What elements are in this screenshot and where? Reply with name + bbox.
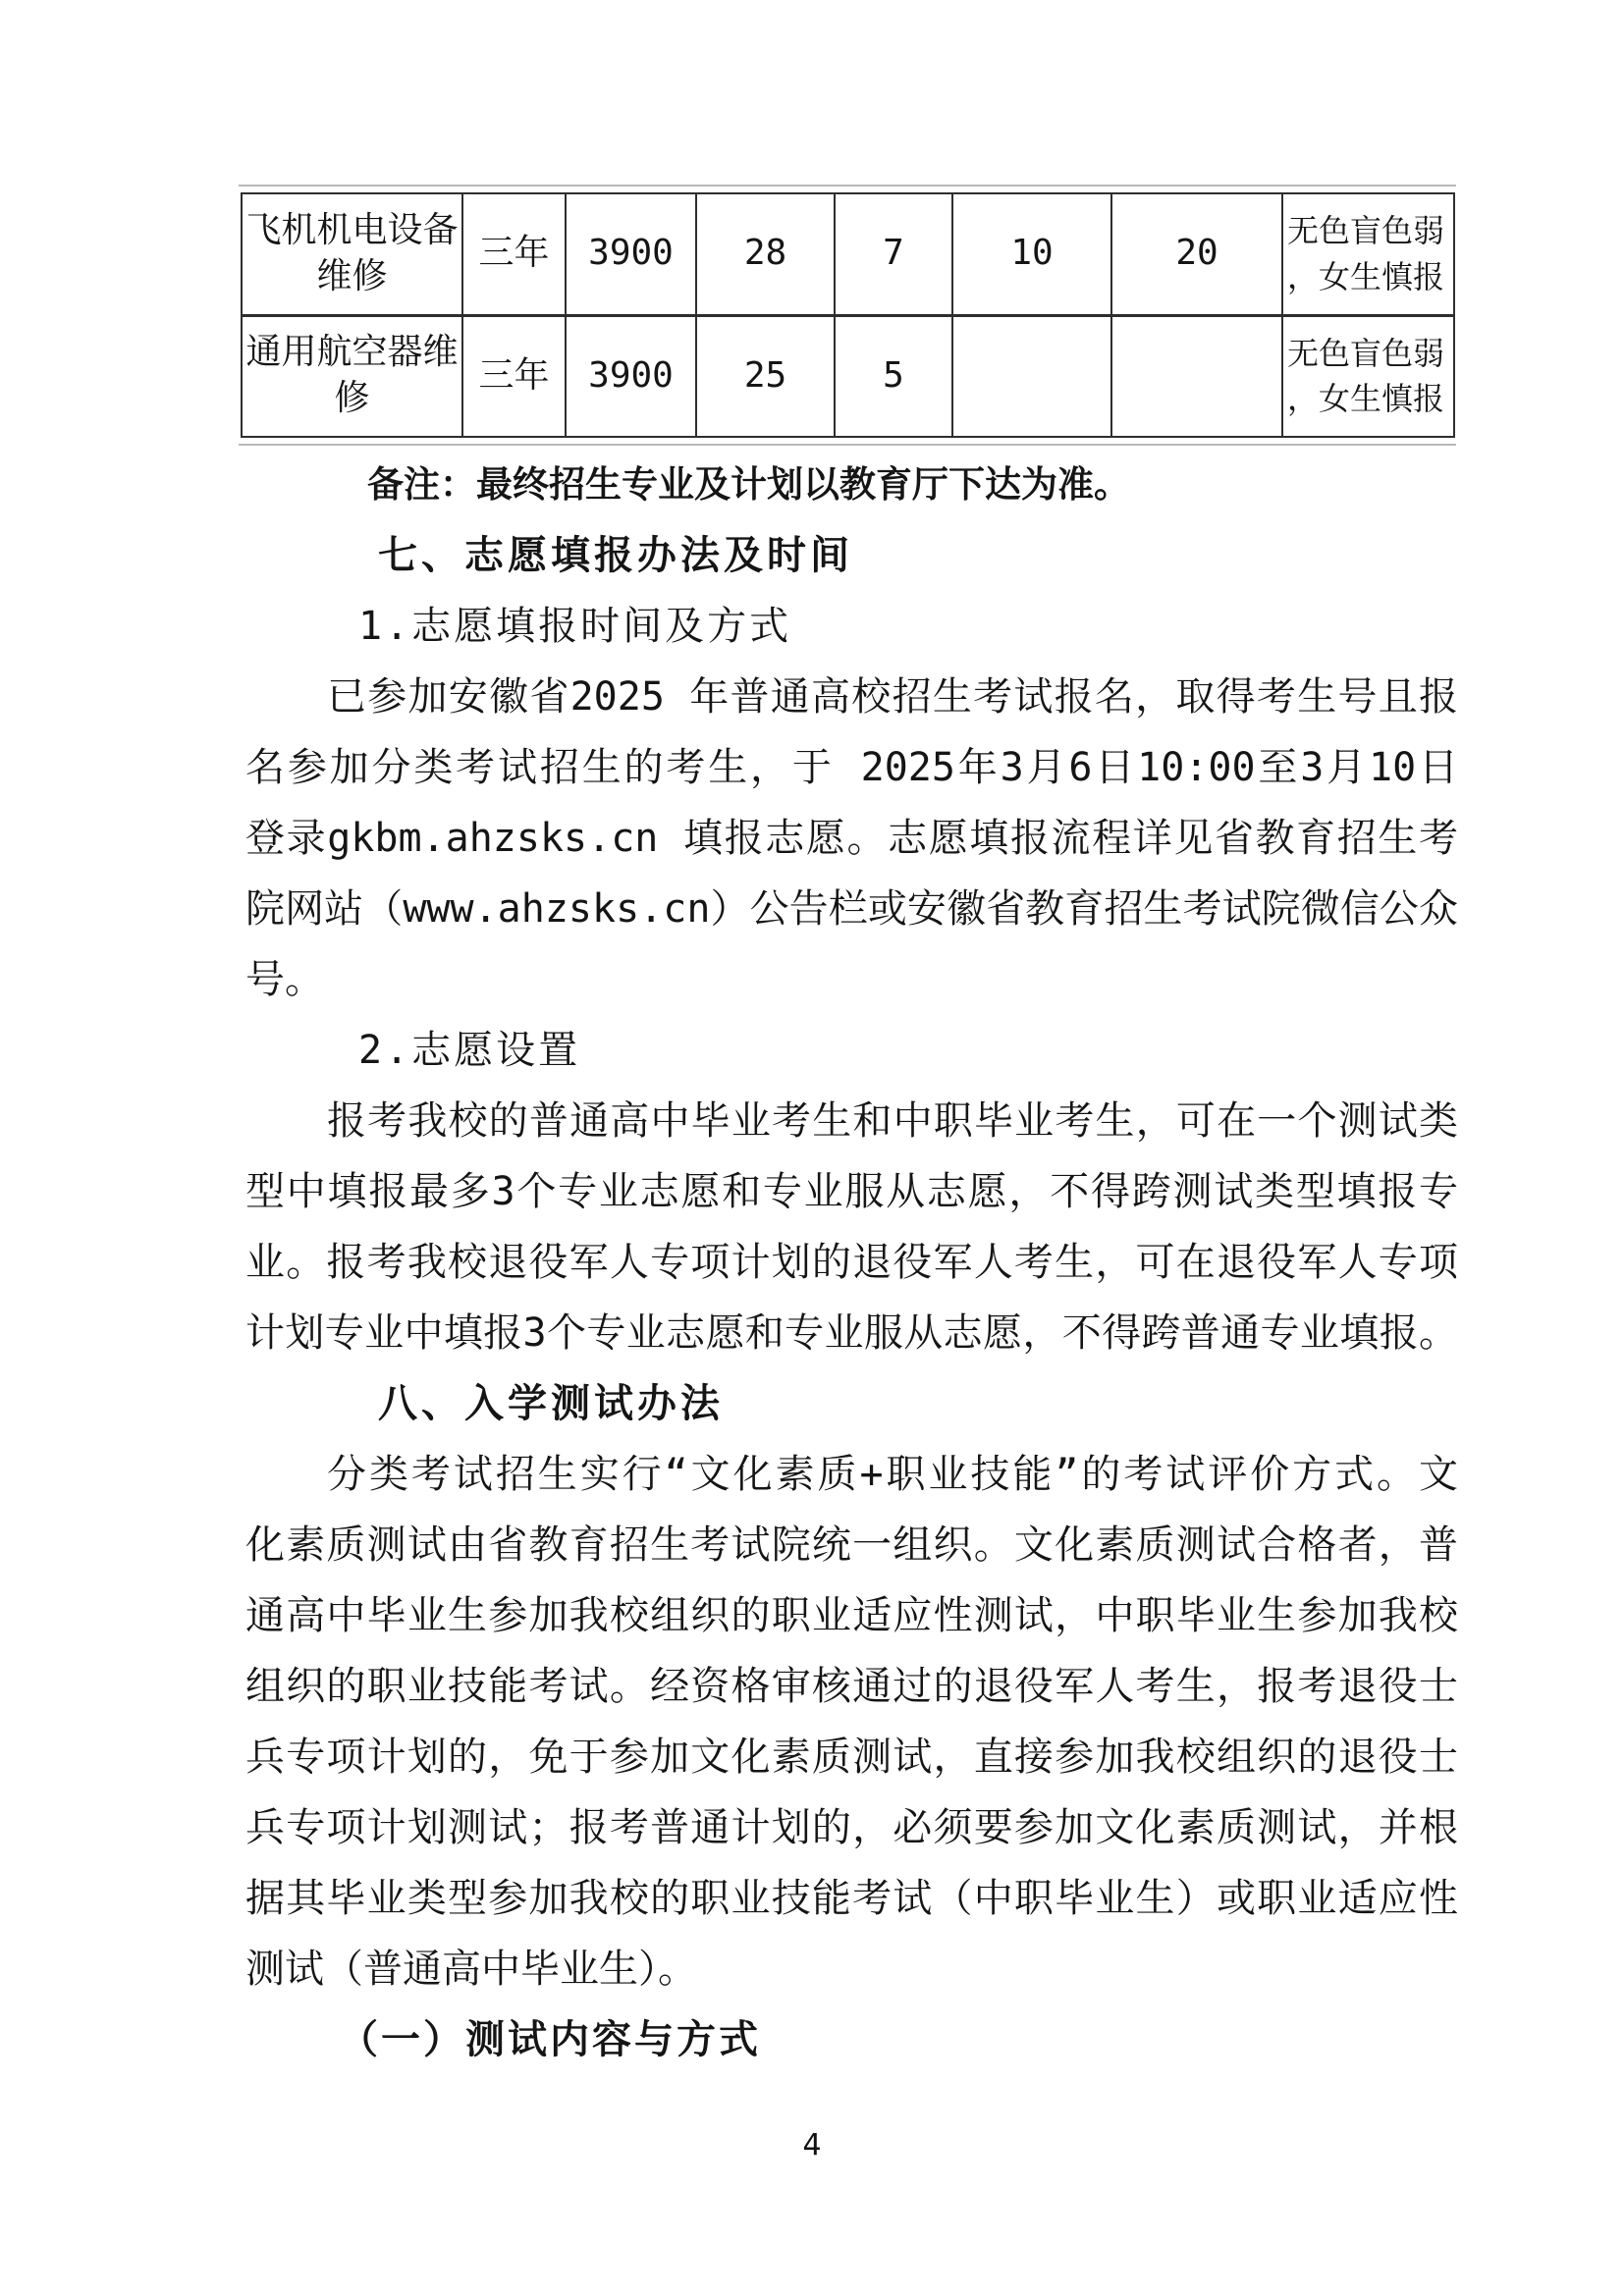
- section-8-heading: 八、入学测试办法: [245, 1368, 1458, 1439]
- table-cell-major: 通用航空器维修: [242, 315, 462, 437]
- paragraph-line: 已参加安徽省2025 年普通高校招生考试报名，取得考生号且报: [245, 662, 1458, 732]
- document-page: 飞机机电设备维修 三年 3900 28 7 10 20 无色盲色弱，女生慎报 通…: [0, 0, 1624, 2296]
- paragraph-line: 名参加分类考试招生的考生，于 2025年3月6日10:00至3月10日16:00: [245, 732, 1458, 803]
- table-remark: 备注：最终招生专业及计划以教育厅下达为准。: [245, 450, 1458, 520]
- table-cell: 7: [835, 193, 952, 315]
- paragraph-line: 登录gkbm.ahzsks.cn 填报志愿。志愿填报流程详见省教育招生考试: [245, 803, 1458, 874]
- table-cell: 25: [696, 315, 835, 437]
- paragraph-line: 型中填报最多3个专业志愿和专业服从志愿，不得跨测试类型填报专: [245, 1156, 1458, 1227]
- page-number: 4: [0, 2128, 1624, 2163]
- paragraph-line: 计划专业中填报3个专业志愿和专业服从志愿，不得跨普通专业填报。: [245, 1298, 1458, 1368]
- document-body: 备注：最终招生专业及计划以教育厅下达为准。 七、志愿填报办法及时间 1.志愿填报…: [245, 450, 1458, 2075]
- table-cell: 5: [835, 315, 952, 437]
- paragraph-line: 报考我校的普通高中毕业考生和中职毕业考生，可在一个测试类: [245, 1086, 1458, 1156]
- paragraph-line: 分类考试招生实行“文化素质+职业技能”的考试评价方式。文: [245, 1439, 1458, 1510]
- table-cell-note: 无色盲色弱，女生慎报: [1282, 193, 1454, 315]
- table-cell-major: 飞机机电设备维修: [242, 193, 462, 315]
- section-7-sub-1-heading: 1.志愿填报时间及方式: [245, 591, 1458, 662]
- table-continuation-line-top: [239, 185, 1456, 187]
- paragraph-line: 测试（普通高中毕业生）。: [245, 1934, 1458, 2004]
- table-cell: [952, 315, 1111, 437]
- paragraph-line: 院网站（www.ahzsks.cn）公告栏或安徽省教育招生考试院微信公众: [245, 874, 1458, 944]
- section-7-heading: 七、志愿填报办法及时间: [245, 520, 1458, 591]
- table-cell-duration: 三年: [462, 193, 566, 315]
- table-cell: 10: [952, 193, 1111, 315]
- table-cell: 28: [696, 193, 835, 315]
- table-cell-tuition: 3900: [566, 315, 696, 437]
- paragraph-line: 化素质测试由省教育招生考试院统一组织。文化素质测试合格者，普: [245, 1510, 1458, 1580]
- paragraph-line: 兵专项计划的，免于参加文化素质测试，直接参加我校组织的退役士: [245, 1722, 1458, 1792]
- table-row: 飞机机电设备维修 三年 3900 28 7 10 20 无色盲色弱，女生慎报: [242, 193, 1454, 315]
- section-7-sub-2-heading: 2.志愿设置: [245, 1015, 1458, 1086]
- paragraph-line: 兵专项计划测试；报考普通计划的，必须要参加文化素质测试，并根: [245, 1792, 1458, 1863]
- table-row: 通用航空器维修 三年 3900 25 5 无色盲色弱，女生慎报: [242, 315, 1454, 437]
- paragraph-line: 通高中毕业生参加我校组织的职业适应性测试，中职毕业生参加我校: [245, 1580, 1458, 1651]
- table-cell-note: 无色盲色弱，女生慎报: [1282, 315, 1454, 437]
- paragraph-line: 组织的职业技能考试。经资格审核通过的退役军人考生，报考退役士: [245, 1651, 1458, 1722]
- paragraph-line: 据其毕业类型参加我校的职业技能考试（中职毕业生）或职业适应性: [245, 1863, 1458, 1934]
- table-cell-duration: 三年: [462, 315, 566, 437]
- section-8-sub-heading: （一）测试内容与方式: [245, 2004, 1458, 2075]
- paragraph-line: 业。报考我校退役军人专项计划的退役军人考生，可在退役军人专项: [245, 1227, 1458, 1298]
- table-continuation-line-bottom: [239, 444, 1456, 446]
- table-cell: 20: [1111, 193, 1282, 315]
- table-cell: [1111, 315, 1282, 437]
- enrollment-plan-table: 飞机机电设备维修 三年 3900 28 7 10 20 无色盲色弱，女生慎报 通…: [241, 192, 1455, 438]
- paragraph-line: 号。: [245, 944, 1458, 1015]
- table-cell-tuition: 3900: [566, 193, 696, 315]
